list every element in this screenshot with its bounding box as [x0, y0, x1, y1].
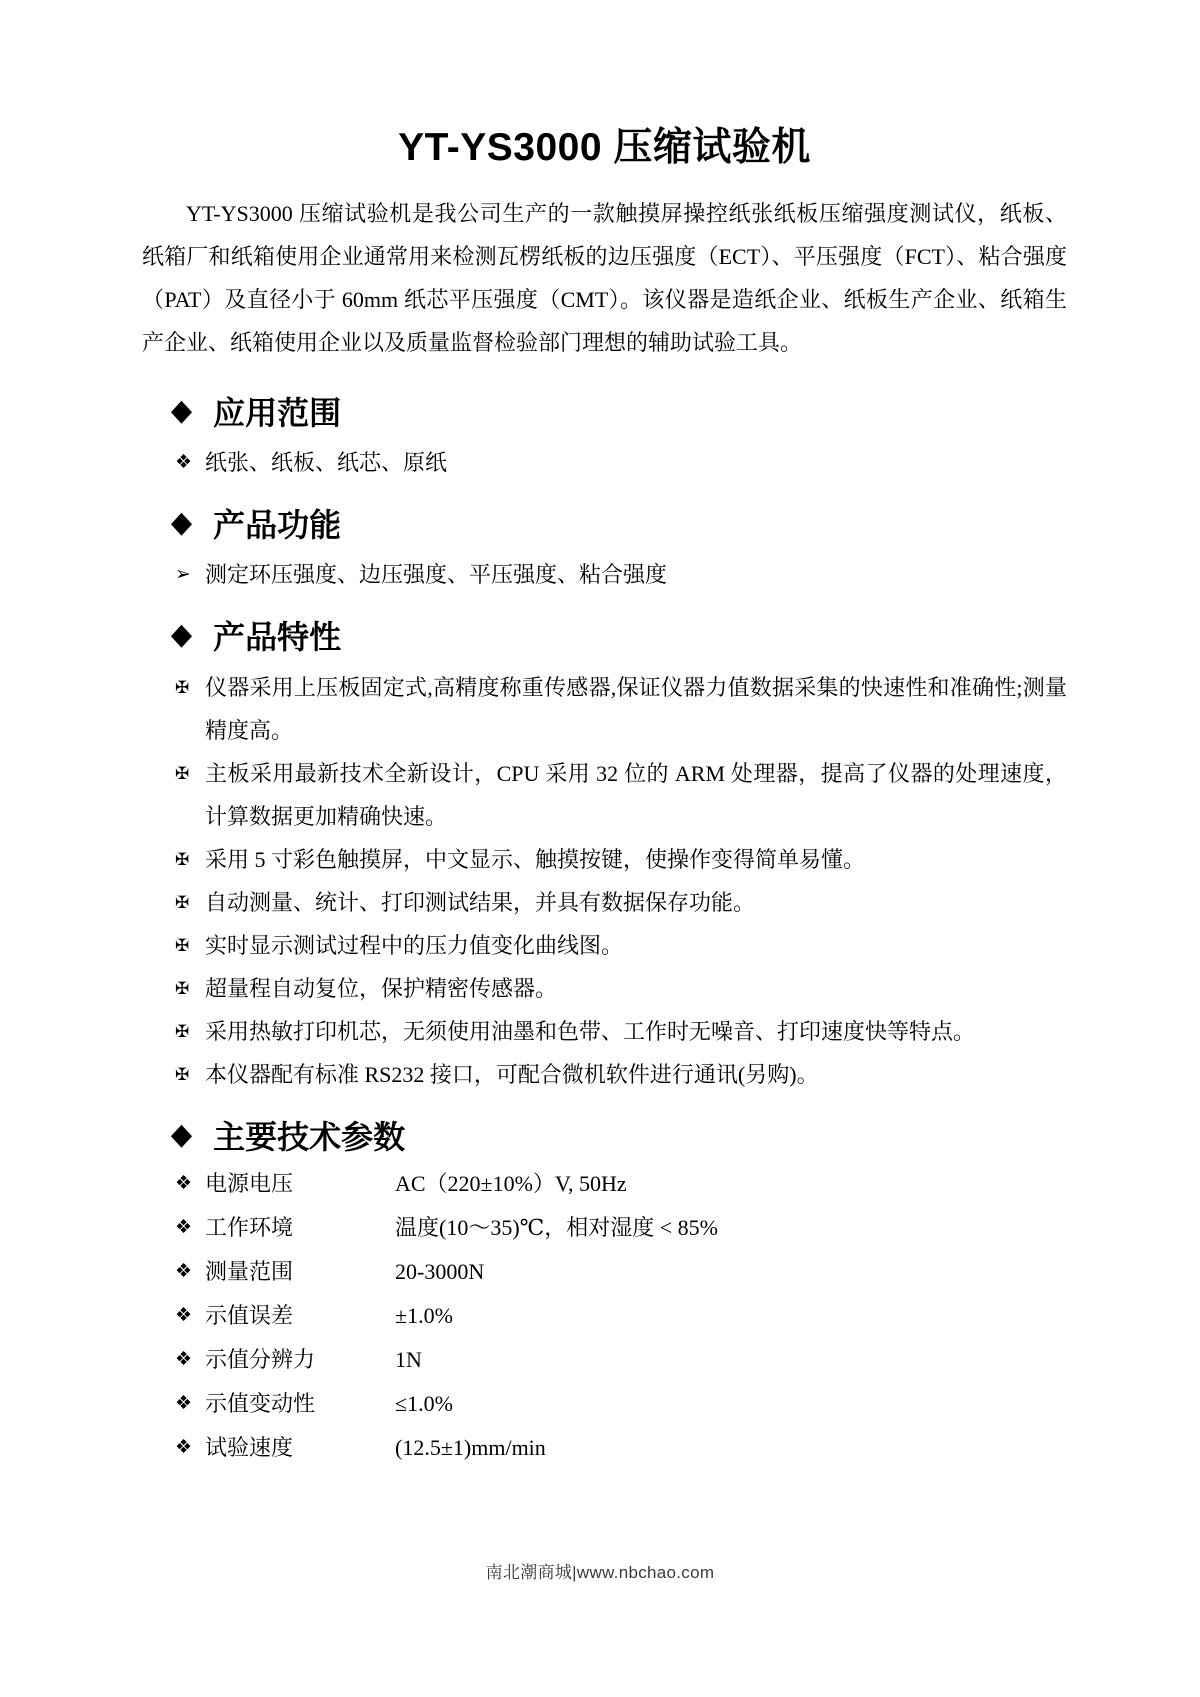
diamond-icon: ◆: [171, 1120, 192, 1150]
footer-watermark: 南北潮商城|www.nbchao.com: [0, 1558, 1200, 1583]
spec-param-row: ❖ 测量范围 20-3000N: [142, 1250, 1067, 1294]
intro-paragraph: YT-YS3000 压缩试验机是我公司生产的一款触摸屏操控纸张纸板压缩强度测试仪…: [142, 192, 1067, 364]
spec-param-row: ❖ 试验速度 (12.5±1)mm/min: [142, 1426, 1067, 1470]
maltese-cross-bullet-icon: ✠: [175, 967, 205, 1010]
four-diamond-bullet-icon: ❖: [175, 1294, 205, 1338]
section-heading-specs: ◆ 主要技术参数: [142, 1112, 1067, 1158]
four-diamond-bullet-icon: ❖: [175, 441, 205, 484]
section-heading-label: 产品功能: [213, 500, 341, 546]
maltese-cross-bullet-icon: ✠: [175, 838, 205, 881]
feature-item-text: 仪器采用上压板固定式,高精度称重传感器,保证仪器力值数据采集的快速性和准确性;测…: [205, 666, 1067, 752]
feature-item: ✠ 超量程自动复位，保护精密传感器。: [142, 967, 1067, 1010]
spec-param-row: ❖ 示值变动性 ≤1.0%: [142, 1382, 1067, 1426]
spec-param-value: (12.5±1)mm/min: [395, 1426, 1067, 1470]
spec-param-value: AC（220±10%）V, 50Hz: [395, 1162, 1067, 1206]
feature-item-text: 实时显示测试过程中的压力值变化曲线图。: [205, 924, 1067, 967]
feature-item: ✠ 自动测量、统计、打印测试结果，并具有数据保存功能。: [142, 881, 1067, 924]
four-diamond-bullet-icon: ❖: [175, 1250, 205, 1294]
section-heading-functions: ◆ 产品功能: [142, 500, 1067, 546]
spec-param-value: ≤1.0%: [395, 1382, 1067, 1426]
spec-param-value: 20-3000N: [395, 1250, 1067, 1294]
four-diamond-bullet-icon: ❖: [175, 1206, 205, 1250]
spec-param-label: 示值变动性: [205, 1382, 395, 1426]
feature-item-text: 自动测量、统计、打印测试结果，并具有数据保存功能。: [205, 881, 1067, 924]
maltese-cross-bullet-icon: ✠: [175, 924, 205, 967]
feature-item: ✠ 主板采用最新技术全新设计，CPU 采用 32 位的 ARM 处理器，提高了仪…: [142, 752, 1067, 838]
spec-param-label: 电源电压: [205, 1162, 395, 1206]
spec-param-row: ❖ 示值分辨力 1N: [142, 1338, 1067, 1382]
maltese-cross-bullet-icon: ✠: [175, 881, 205, 924]
feature-item: ✠ 仪器采用上压板固定式,高精度称重传感器,保证仪器力值数据采集的快速性和准确性…: [142, 666, 1067, 752]
feature-item: ✠ 采用 5 寸彩色触摸屏，中文显示、触摸按键，使操作变得简单易懂。: [142, 838, 1067, 881]
spec-param-label: 试验速度: [205, 1426, 395, 1470]
section-heading-label: 产品特性: [213, 612, 341, 658]
spec-param-label: 示值分辨力: [205, 1338, 395, 1382]
diamond-icon: ◆: [171, 620, 192, 650]
application-item-text: 纸张、纸板、纸芯、原纸: [205, 441, 1067, 484]
section-heading-features: ◆ 产品特性: [142, 612, 1067, 658]
functions-item: ➢ 测定环压强度、边压强度、平压强度、粘合强度: [142, 553, 1067, 596]
spec-param-value: 温度(10～35)℃，相对湿度 < 85%: [395, 1206, 1067, 1250]
feature-list: ✠ 仪器采用上压板固定式,高精度称重传感器,保证仪器力值数据采集的快速性和准确性…: [142, 666, 1067, 1096]
spec-param-label: 测量范围: [205, 1250, 395, 1294]
spec-param-list: ❖ 电源电压 AC（220±10%）V, 50Hz ❖ 工作环境 温度(10～3…: [142, 1162, 1067, 1470]
feature-item-text: 超量程自动复位，保护精密传感器。: [205, 967, 1067, 1010]
diamond-icon: ◆: [171, 396, 192, 426]
document-page: YT-YS3000 压缩试验机 YT-YS3000 压缩试验机是我公司生产的一款…: [0, 0, 1200, 1697]
feature-item: ✠ 本仪器配有标准 RS232 接口，可配合微机软件进行通讯(另购)。: [142, 1053, 1067, 1096]
four-diamond-bullet-icon: ❖: [175, 1162, 205, 1206]
feature-item-text: 本仪器配有标准 RS232 接口，可配合微机软件进行通讯(另购)。: [205, 1053, 1067, 1096]
spec-param-row: ❖ 工作环境 温度(10～35)℃，相对湿度 < 85%: [142, 1206, 1067, 1250]
section-heading-label: 主要技术参数: [213, 1112, 405, 1158]
feature-item: ✠ 采用热敏打印机芯，无须使用油墨和色带、工作时无噪音、打印速度快等特点。: [142, 1010, 1067, 1053]
document-content: YT-YS3000 压缩试验机 YT-YS3000 压缩试验机是我公司生产的一款…: [0, 0, 1200, 1470]
spec-param-label: 示值误差: [205, 1294, 395, 1338]
four-diamond-bullet-icon: ❖: [175, 1338, 205, 1382]
four-diamond-bullet-icon: ❖: [175, 1426, 205, 1470]
functions-item-text: 测定环压强度、边压强度、平压强度、粘合强度: [205, 553, 1067, 596]
page-title: YT-YS3000 压缩试验机: [142, 118, 1067, 178]
spec-param-row: ❖ 示值误差 ±1.0%: [142, 1294, 1067, 1338]
application-item: ❖ 纸张、纸板、纸芯、原纸: [142, 441, 1067, 484]
spec-param-value: 1N: [395, 1338, 1067, 1382]
arrowhead-bullet-icon: ➢: [175, 553, 205, 596]
maltese-cross-bullet-icon: ✠: [175, 666, 205, 709]
feature-item: ✠ 实时显示测试过程中的压力值变化曲线图。: [142, 924, 1067, 967]
section-heading-label: 应用范围: [213, 388, 341, 434]
feature-item-text: 主板采用最新技术全新设计，CPU 采用 32 位的 ARM 处理器，提高了仪器的…: [205, 752, 1067, 838]
maltese-cross-bullet-icon: ✠: [175, 1010, 205, 1053]
spec-param-row: ❖ 电源电压 AC（220±10%）V, 50Hz: [142, 1162, 1067, 1206]
diamond-icon: ◆: [171, 508, 192, 538]
maltese-cross-bullet-icon: ✠: [175, 752, 205, 795]
spec-param-value: ±1.0%: [395, 1294, 1067, 1338]
feature-item-text: 采用 5 寸彩色触摸屏，中文显示、触摸按键，使操作变得简单易懂。: [205, 838, 1067, 881]
spec-param-label: 工作环境: [205, 1206, 395, 1250]
feature-item-text: 采用热敏打印机芯，无须使用油墨和色带、工作时无噪音、打印速度快等特点。: [205, 1010, 1067, 1053]
section-heading-application: ◆ 应用范围: [142, 388, 1067, 434]
four-diamond-bullet-icon: ❖: [175, 1382, 205, 1426]
maltese-cross-bullet-icon: ✠: [175, 1053, 205, 1096]
